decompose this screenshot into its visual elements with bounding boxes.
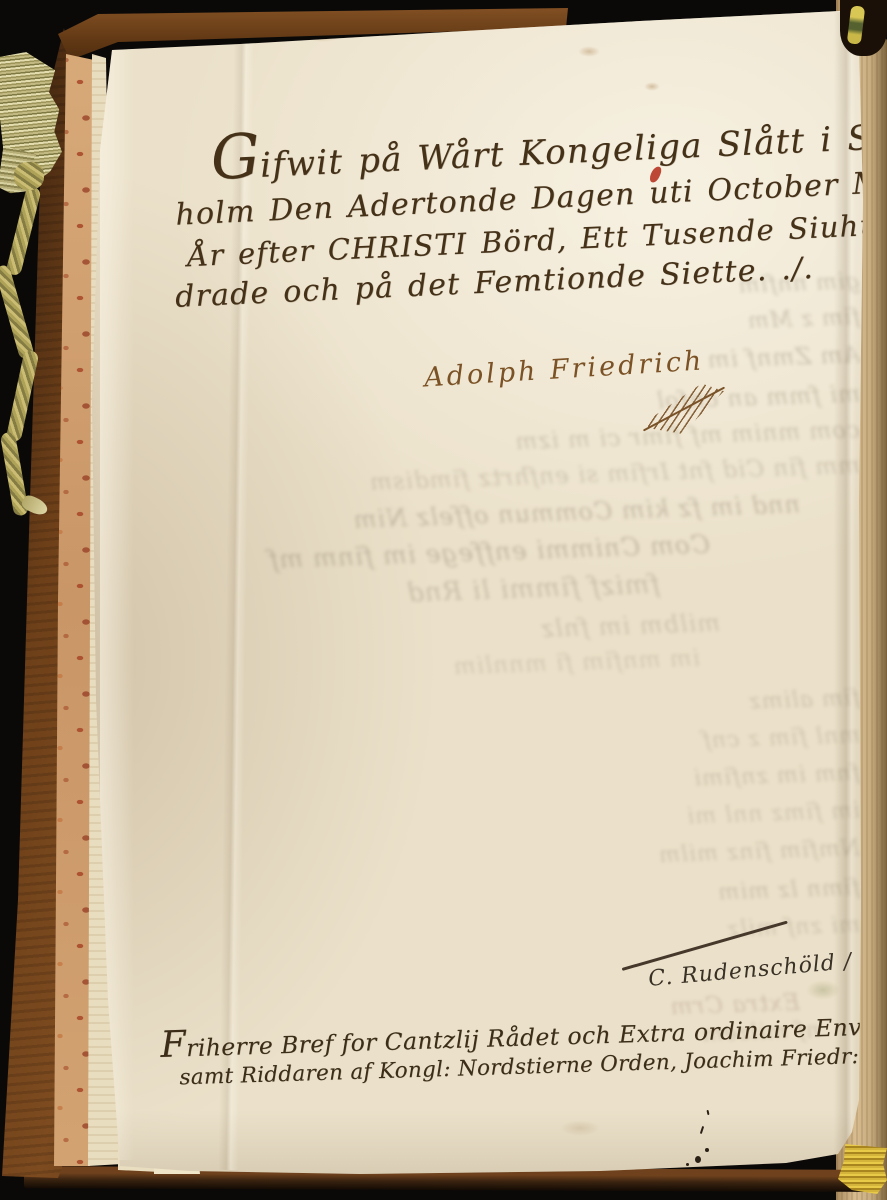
- bleed-through-line: fimn lz mim: [600, 875, 861, 909]
- bleed-through-line: mm fin Cid fnt Irfim si enfhrtz fimdism: [330, 453, 861, 497]
- bleed-through-line: mnl fim z cnf: [580, 723, 861, 758]
- royal-signature: Adolph Friedrich: [423, 345, 705, 393]
- foxing-stain: [644, 82, 660, 91]
- bleed-through-line: fnm im znfimi: [560, 761, 861, 796]
- bookmark-cord-segment: [0, 264, 35, 360]
- ink-speck: [686, 1163, 689, 1166]
- bleed-through-line: im fimz nnl mi: [540, 798, 861, 834]
- tassel-knot: [14, 162, 44, 190]
- foxing-stain: [560, 1120, 600, 1136]
- foxing-stain: [806, 980, 840, 1000]
- ink-speck: [705, 1148, 709, 1152]
- foxing-stain: [578, 46, 600, 57]
- bleed-through-line: Nmfim finz milm: [520, 836, 861, 873]
- docket-text: Friherre Bref for Cantzlij Rådet och Ext…: [160, 1010, 878, 1093]
- bleed-through-line: fim alimz: [620, 686, 861, 719]
- manuscript-photo: gim nnfimfim z MmAm Zmnf immi fmm an cnf…: [0, 0, 887, 1200]
- ink-speck: [707, 1110, 710, 1115]
- bleed-through-line: Com Cnimmi enffege im finm mf: [230, 530, 711, 576]
- calligraphic-body-text: Gifwit på Wårt Kongeliga Slått i Stock- …: [168, 108, 881, 319]
- ink-speck: [700, 1126, 704, 1134]
- bleed-through-line: fmizf fimmi li Rnd: [300, 570, 661, 613]
- bleed-through-line: nnd im fz kim Commun offelz Nim: [240, 490, 801, 538]
- manuscript-page: gim nnfimfim z MmAm Zmnf immi fmm an cnf…: [0, 0, 887, 1200]
- bleed-through-line: mi fmm an cnfol: [600, 381, 861, 416]
- bookmark-cord-segment: [5, 186, 41, 277]
- bleed-through-line: im mnfim fi mnnlim: [330, 646, 701, 685]
- ink-speck: [695, 1156, 701, 1163]
- bleed-through-line: milbm im fnlz: [420, 609, 721, 647]
